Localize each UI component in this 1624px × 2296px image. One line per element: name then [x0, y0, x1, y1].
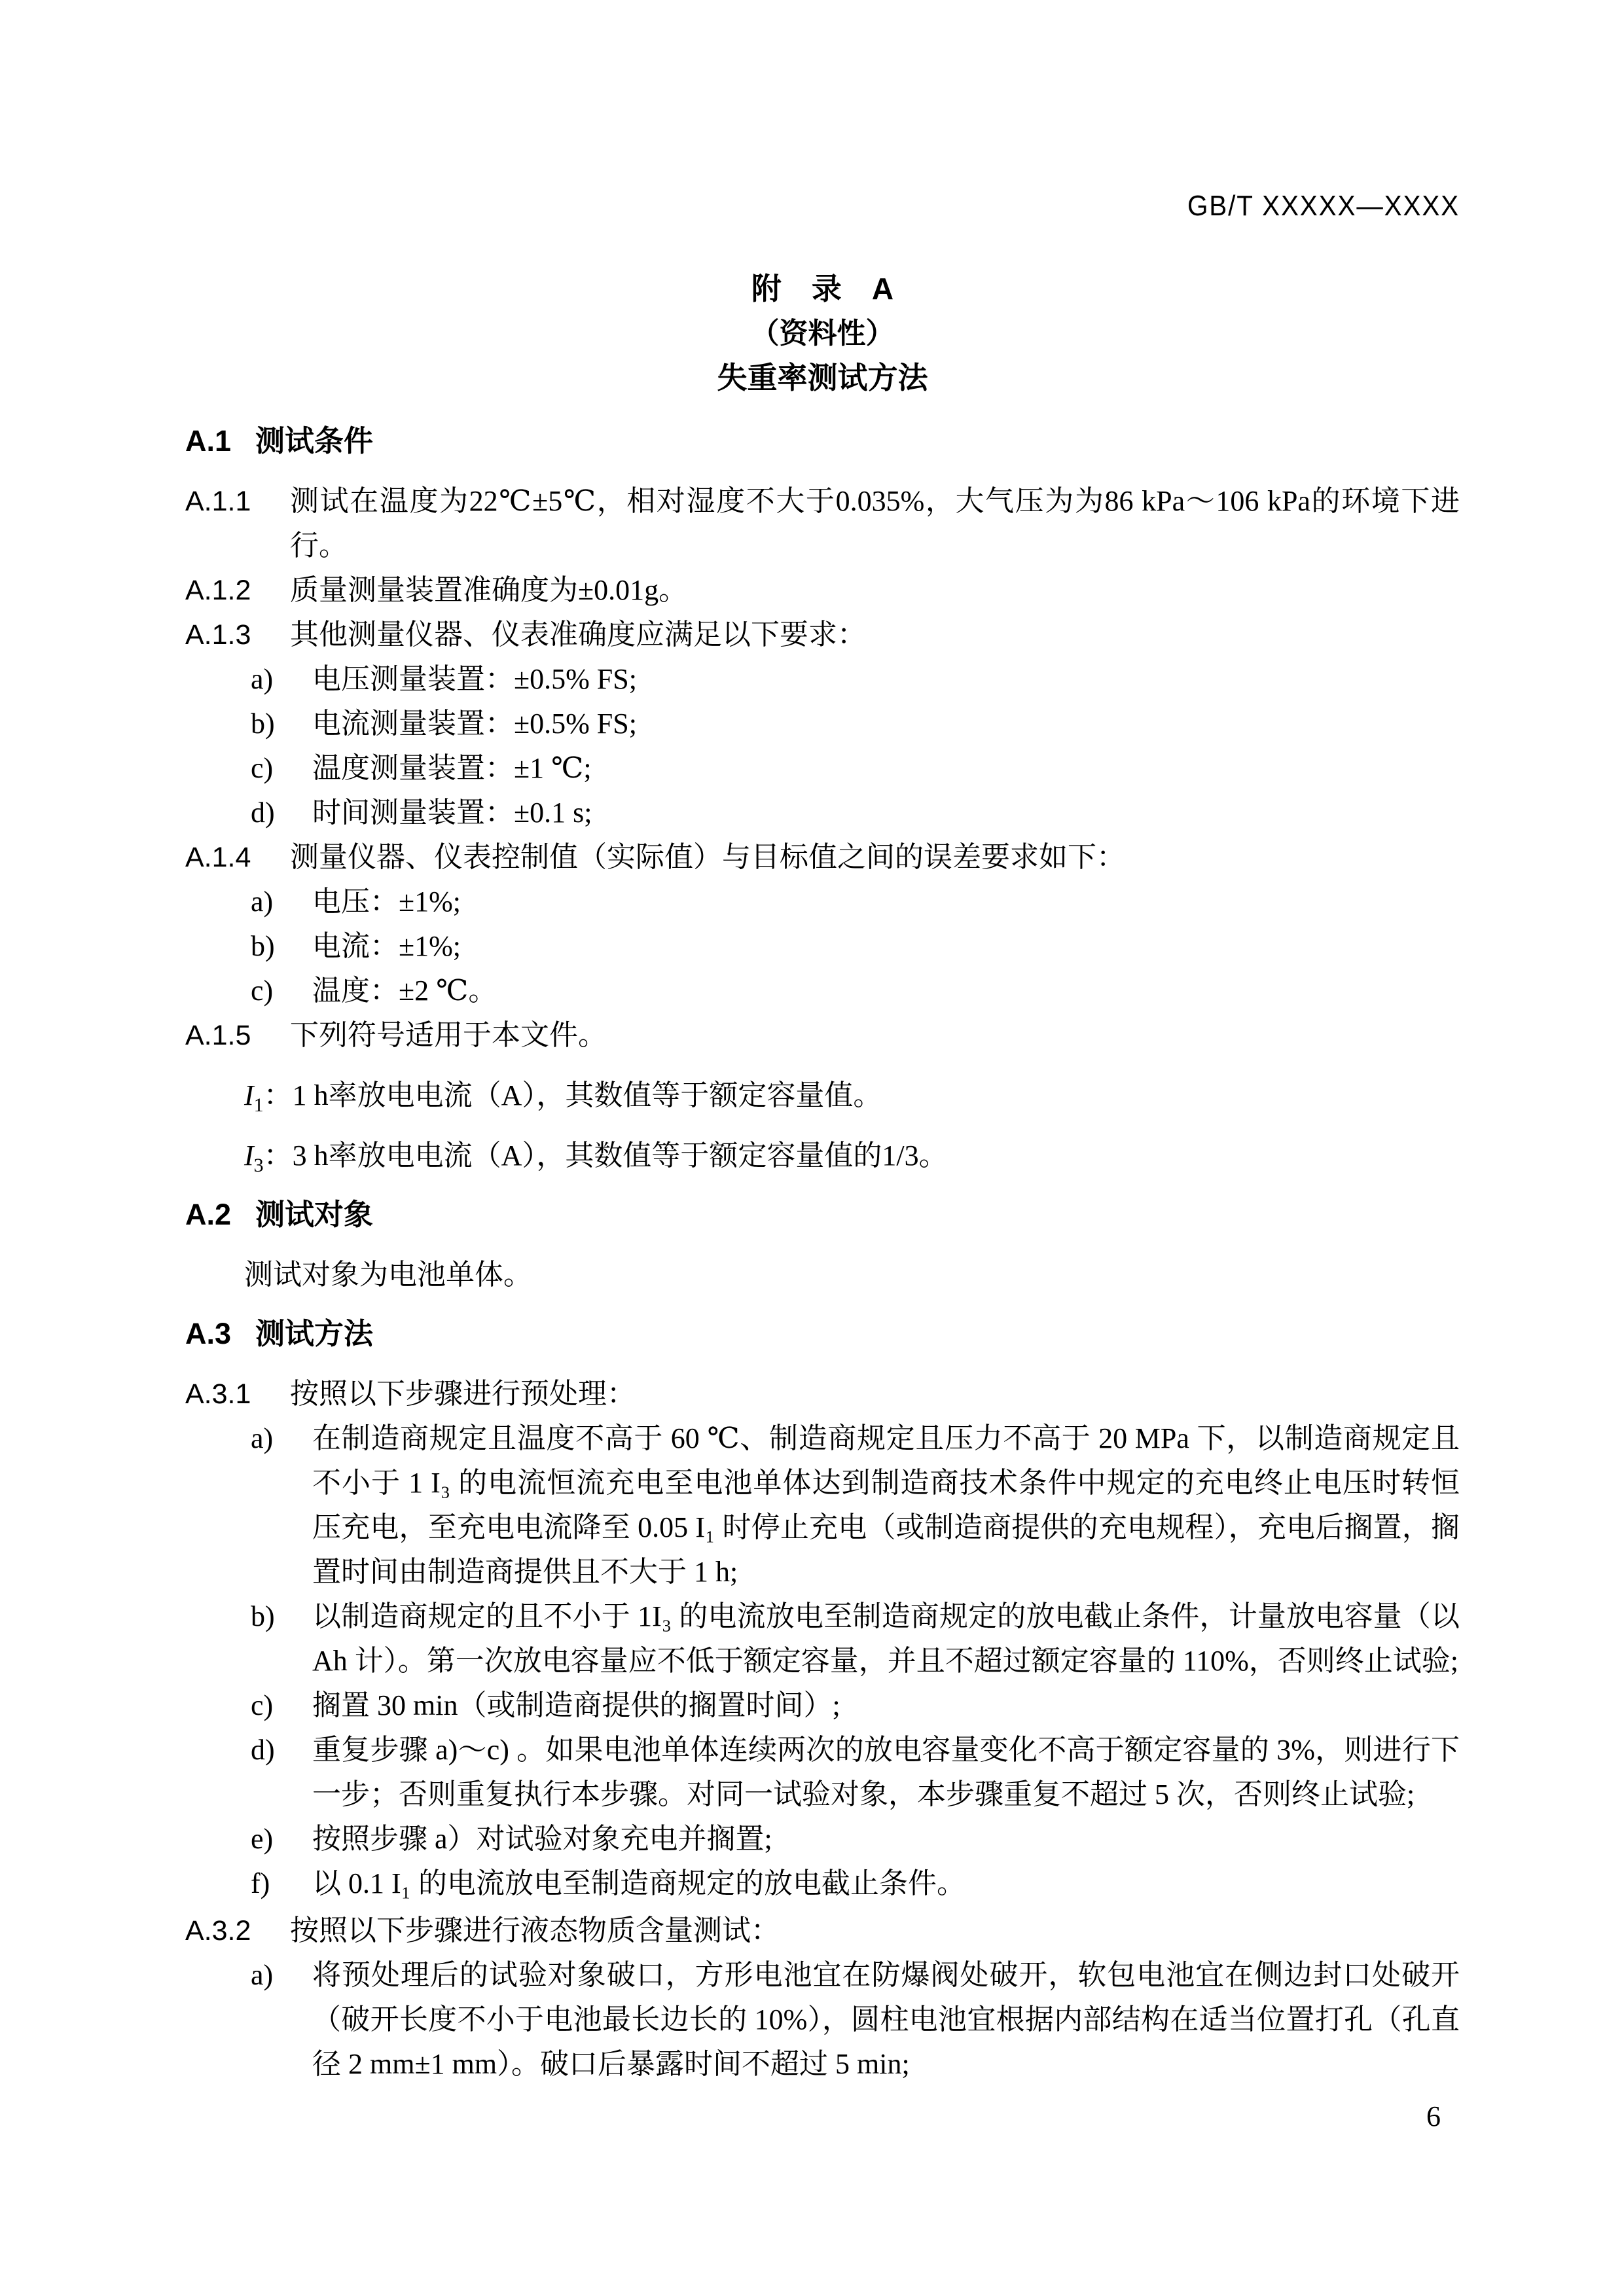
list-item-label: a)	[251, 1416, 312, 1594]
list-item-text: 电流：±1%;	[312, 924, 1460, 969]
clause-a11: A.1.1 测试在温度为22℃±5℃，相对湿度不大于0.035%，大气压为为86…	[185, 479, 1460, 568]
list-item-label: a)	[251, 1953, 312, 2087]
list-item-label: a)	[251, 880, 312, 924]
clause-a15: A.1.5 下列符号适用于本文件。	[185, 1013, 1460, 1058]
standard-number-header: GB/T XXXXX—XXXX	[287, 190, 1460, 223]
section-title: 测试对象	[255, 1198, 373, 1232]
list-item-text: 时间测量装置：±0.1 s;	[312, 791, 1460, 835]
list-item-label: d)	[251, 1728, 312, 1817]
list-item: b) 电流：±1%;	[251, 924, 1460, 969]
page-number: 6	[1407, 2100, 1460, 2134]
symbol-definition-i3: I3：3 h率放电电流（A），其数值等于额定容量值的1/3。	[244, 1134, 1460, 1178]
clause-a31: A.3.1 按照以下步骤进行预处理：	[185, 1372, 1460, 1416]
list-item-text: 电流测量装置：±0.5% FS;	[312, 702, 1460, 746]
clause-text: 按照以下步骤进行预处理：	[290, 1372, 1460, 1416]
page-content: GB/T XXXXX—XXXX 附 录 A （资料性） 失重率测试方法 A.1 …	[185, 0, 1460, 2087]
section-heading-a2: A.2 测试对象	[185, 1198, 1460, 1232]
section-number: A.3	[185, 1317, 255, 1351]
list-item-label: c)	[251, 969, 312, 1013]
list-item-text: 重复步骤 a)～c) 。如果电池单体连续两次的放电容量变化不高于额定容量的 3%…	[312, 1728, 1460, 1817]
clause-number: A.1.4	[185, 835, 290, 880]
symbol-italic: I	[244, 1079, 254, 1111]
clause-a14: A.1.4 测量仪器、仪表控制值（实际值）与目标值之间的误差要求如下：	[185, 835, 1460, 880]
list-item: b) 以制造商规定的且不小于 1I₃ 的电流放电至制造商规定的放电截止条件，计量…	[251, 1594, 1460, 1683]
list-item: a) 电压测量装置：±0.5% FS;	[251, 657, 1460, 702]
symbol-subscript: 3	[254, 1155, 264, 1176]
symbol-definition-text: ：1 h率放电电流（A），其数值等于额定容量值。	[264, 1079, 882, 1111]
list-item-label: b)	[251, 1594, 312, 1683]
clause-number: A.1.1	[185, 479, 290, 568]
list-item-text: 在制造商规定且温度不高于 60 ℃、制造商规定且压力不高于 20 MPa 下，以…	[312, 1416, 1460, 1594]
list-item-label: c)	[251, 1683, 312, 1728]
clause-text: 测试在温度为22℃±5℃，相对湿度不大于0.035%，大气压为为86 kPa～1…	[290, 479, 1460, 568]
list-item-label: c)	[251, 746, 312, 791]
appendix-normative-label: （资料性）	[185, 317, 1460, 351]
list-item: c) 搁置 30 min（或制造商提供的搁置时间）;	[251, 1683, 1460, 1728]
clause-text: 下列符号适用于本文件。	[290, 1013, 1460, 1058]
clause-number: A.1.3	[185, 613, 290, 657]
list-item: e) 按照步骤 a）对试验对象充电并搁置;	[251, 1817, 1460, 1861]
list-item-text: 搁置 30 min（或制造商提供的搁置时间）;	[312, 1683, 1460, 1728]
list-item: d) 时间测量装置：±0.1 s;	[251, 791, 1460, 835]
list-item-text: 电压测量装置：±0.5% FS;	[312, 657, 1460, 702]
list-item: a) 在制造商规定且温度不高于 60 ℃、制造商规定且压力不高于 20 MPa …	[251, 1416, 1460, 1594]
section-heading-a1: A.1 测试条件	[185, 424, 1460, 458]
list-item-label: d)	[251, 791, 312, 835]
list-item: c) 温度：±2 ℃。	[251, 969, 1460, 1013]
list-item-label: f)	[251, 1861, 312, 1906]
appendix-title: 附 录 A	[185, 271, 1460, 306]
list-item-text: 电压：±1%;	[312, 880, 1460, 924]
list-item: f) 以 0.1 I₁ 的电流放电至制造商规定的放电截止条件。	[251, 1861, 1460, 1906]
clause-a32: A.3.2 按照以下步骤进行液态物质含量测试：	[185, 1909, 1460, 1953]
section-paragraph: 测试对象为电池单体。	[244, 1253, 1460, 1297]
list-item-text: 温度：±2 ℃。	[312, 969, 1460, 1013]
list-item: b) 电流测量装置：±0.5% FS;	[251, 702, 1460, 746]
clause-number: A.3.2	[185, 1909, 290, 1953]
list-item-text: 将预处理后的试验对象破口，方形电池宜在防爆阀处破开，软包电池宜在侧边封口处破开（…	[312, 1953, 1460, 2087]
list-item-label: b)	[251, 702, 312, 746]
document-page: GB/T XXXXX—XXXX 附 录 A （资料性） 失重率测试方法 A.1 …	[0, 0, 1624, 2296]
symbol-definition-i1: I1：1 h率放电电流（A），其数值等于额定容量值。	[244, 1073, 1460, 1118]
clause-number: A.1.5	[185, 1013, 290, 1058]
list-item-label: e)	[251, 1817, 312, 1861]
section-number: A.1	[185, 424, 255, 458]
clause-a13: A.1.3 其他测量仪器、仪表准确度应满足以下要求：	[185, 613, 1460, 657]
title-block: 附 录 A （资料性） 失重率测试方法	[185, 271, 1460, 395]
clause-number: A.1.2	[185, 568, 290, 613]
clause-text: 按照以下步骤进行液态物质含量测试：	[290, 1909, 1460, 1953]
section-number: A.2	[185, 1198, 255, 1232]
symbol-definition-text: ：3 h率放电电流（A），其数值等于额定容量值的1/3。	[264, 1139, 948, 1172]
list-item: c) 温度测量装置：±1 ℃;	[251, 746, 1460, 791]
list-item-label: b)	[251, 924, 312, 969]
section-title: 测试条件	[255, 424, 373, 458]
clause-text: 质量测量装置准确度为±0.01g。	[290, 568, 1460, 613]
symbol-italic: I	[244, 1139, 254, 1172]
list-item-text: 温度测量装置：±1 ℃;	[312, 746, 1460, 791]
list-item: a) 电压：±1%;	[251, 880, 1460, 924]
section-title: 测试方法	[255, 1317, 373, 1351]
clause-number: A.3.1	[185, 1372, 290, 1416]
clause-text: 测量仪器、仪表控制值（实际值）与目标值之间的误差要求如下：	[290, 835, 1460, 880]
clause-text: 其他测量仪器、仪表准确度应满足以下要求：	[290, 613, 1460, 657]
list-item-text: 按照步骤 a）对试验对象充电并搁置;	[312, 1817, 1460, 1861]
section-heading-a3: A.3 测试方法	[185, 1317, 1460, 1351]
symbol-subscript: 1	[254, 1094, 264, 1116]
list-item-label: a)	[251, 657, 312, 702]
list-item: d) 重复步骤 a)～c) 。如果电池单体连续两次的放电容量变化不高于额定容量的…	[251, 1728, 1460, 1817]
list-item-text: 以 0.1 I₁ 的电流放电至制造商规定的放电截止条件。	[312, 1861, 1460, 1906]
clause-a12: A.1.2 质量测量装置准确度为±0.01g。	[185, 568, 1460, 613]
document-title: 失重率测试方法	[185, 360, 1460, 395]
list-item: a) 将预处理后的试验对象破口，方形电池宜在防爆阀处破开，软包电池宜在侧边封口处…	[251, 1953, 1460, 2087]
list-item-text: 以制造商规定的且不小于 1I₃ 的电流放电至制造商规定的放电截止条件，计量放电容…	[312, 1594, 1460, 1683]
